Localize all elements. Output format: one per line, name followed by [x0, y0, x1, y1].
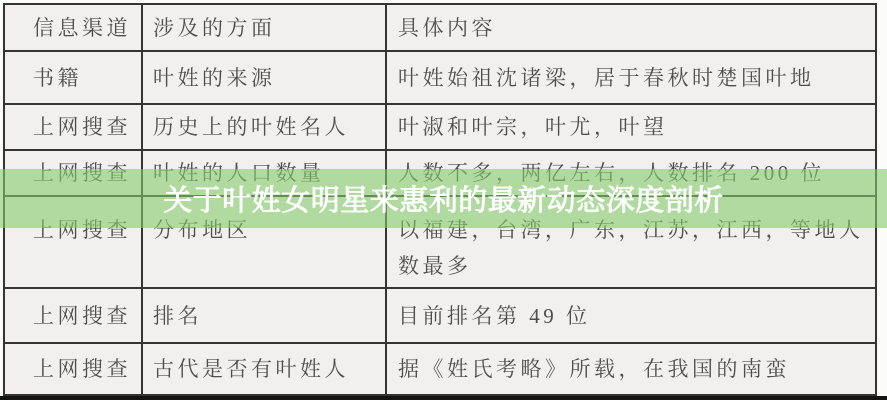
banner-title: 关于叶姓女明星来惠利的最新动态深度剖析	[163, 178, 724, 219]
aspect-cell: 历史上的叶姓名人	[143, 105, 387, 151]
channel-cell: 书籍	[5, 52, 143, 105]
aspect-cell: 排名	[143, 289, 387, 344]
table-row: 上网搜查 古代是否有叶姓人 据《姓氏考略》所载，在我国的南蛮	[5, 344, 875, 394]
header-cell-channel: 信息渠道	[5, 5, 143, 52]
table-row: 上网搜查 排名 目前排名第 49 位	[5, 289, 875, 344]
bottom-black-bar	[0, 396, 887, 400]
page: 信息渠道 涉及的方面 具体内容 书籍 叶姓的来源 叶姓始祖沈诸梁，居于春秋时楚国…	[0, 0, 887, 400]
overlay-banner: 关于叶姓女明星来惠利的最新动态深度剖析	[0, 169, 887, 228]
table-row: 上网搜查 历史上的叶姓名人 叶淑和叶宗，叶尤，叶望	[5, 105, 875, 151]
content-cell: 叶姓始祖沈诸梁，居于春秋时楚国叶地	[387, 52, 875, 105]
content-cell: 目前排名第 49 位	[387, 289, 875, 344]
header-cell-aspect: 涉及的方面	[143, 5, 387, 52]
aspect-cell: 古代是否有叶姓人	[143, 344, 387, 394]
channel-cell: 上网搜查	[5, 289, 143, 344]
content-cell: 叶淑和叶宗，叶尤，叶望	[387, 105, 875, 151]
table-row: 书籍 叶姓的来源 叶姓始祖沈诸梁，居于春秋时楚国叶地	[5, 52, 875, 105]
header-cell-content: 具体内容	[387, 5, 875, 52]
table-header-row: 信息渠道 涉及的方面 具体内容	[5, 5, 875, 52]
channel-cell: 上网搜查	[5, 344, 143, 394]
aspect-cell: 叶姓的来源	[143, 52, 387, 105]
channel-cell: 上网搜查	[5, 105, 143, 151]
content-cell: 据《姓氏考略》所载，在我国的南蛮	[387, 344, 875, 394]
